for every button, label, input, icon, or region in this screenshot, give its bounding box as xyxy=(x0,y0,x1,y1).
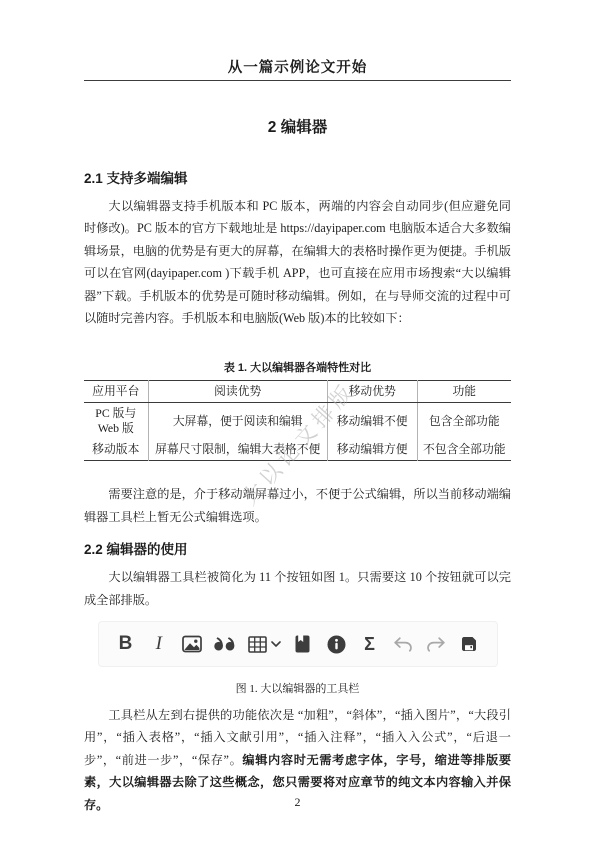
toolbar-button-table xyxy=(248,636,281,653)
save-icon xyxy=(460,635,478,653)
toolbar-button-bold: B xyxy=(115,631,137,657)
chapter-title: 2 编辑器 xyxy=(84,115,511,137)
toolbar-button-formula: Σ xyxy=(359,631,381,657)
table-icon xyxy=(248,636,267,653)
toolbar-button-citation xyxy=(292,631,314,657)
table-cell: 移动编辑方便 xyxy=(327,439,417,461)
paragraph-note: 需要注意的是，介于移动端屏幕过小，不便于公式编辑，所以当前移动端编辑器工具栏上暂… xyxy=(84,483,511,528)
toolbar-button-info xyxy=(325,631,347,657)
figure-caption: 图 1. 大以编辑器的工具栏 xyxy=(84,680,511,696)
toolbar-button-save xyxy=(458,631,480,657)
undo-icon xyxy=(393,637,413,652)
table-header-cell: 阅读优势 xyxy=(148,381,327,403)
redo-icon xyxy=(426,637,446,652)
table-cell: 移动编辑不便 xyxy=(327,403,417,440)
formula-icon: Σ xyxy=(364,634,375,655)
table-cell: 大屏幕，便于阅读和编辑 xyxy=(148,403,327,440)
section-heading-2-2: 2.2 编辑器的使用 xyxy=(84,538,511,558)
page-number: 2 xyxy=(0,795,595,810)
section-heading-2-1: 2.1 支持多端编辑 xyxy=(84,167,511,187)
image-icon xyxy=(182,635,202,653)
table-header-row: 应用平台 阅读优势 移动优势 功能 xyxy=(84,381,511,403)
table-header-cell: 功能 xyxy=(417,381,511,403)
table-caption: 表 1. 大以编辑器各端特性对比 xyxy=(84,359,511,375)
running-header-title: 从一篇示例论文开始 xyxy=(84,56,511,77)
toolbar-button-undo xyxy=(392,631,414,657)
paragraph-multi-device: 大以编辑器支持手机版本和 PC 版本，两端的内容会自动同步(但应避免同时修改)。… xyxy=(84,195,511,329)
toolbar-figure-image: B I xyxy=(98,621,498,667)
paragraph-toolbar-intro: 大以编辑器工具栏被简化为 11 个按钮如图 1。只需要这 10 个按钮就可以完成… xyxy=(84,566,511,611)
table-header-cell: 移动优势 xyxy=(327,381,417,403)
table-header-cell: 应用平台 xyxy=(84,381,148,403)
toolbar-button-blockquote xyxy=(214,631,236,657)
toolbar-button-redo xyxy=(425,631,447,657)
table-cell: 屏幕尺寸限制，编辑大表格不便 xyxy=(148,439,327,461)
toolbar-button-italic: I xyxy=(148,631,170,657)
info-icon xyxy=(327,635,346,654)
table-cell: 不包含全部功能 xyxy=(417,439,511,461)
blockquote-icon xyxy=(214,637,236,651)
citation-icon xyxy=(295,635,310,653)
table-row: PC 版与 Web 版 大屏幕，便于阅读和编辑 移动编辑不便 包含全部功能 xyxy=(84,403,511,440)
toolbar-button-image xyxy=(181,631,203,657)
page-content: 从一篇示例论文开始 2 编辑器 2.1 支持多端编辑 大以编辑器支持手机版本和 … xyxy=(0,56,595,816)
table-cell: 移动版本 xyxy=(84,439,148,461)
italic-icon: I xyxy=(156,633,162,655)
comparison-table: 应用平台 阅读优势 移动优势 功能 PC 版与 Web 版 大屏幕，便于阅读和编… xyxy=(84,380,511,461)
table-cell: 包含全部功能 xyxy=(417,403,511,440)
table-cell: PC 版与 Web 版 xyxy=(84,403,148,440)
chevron-down-icon xyxy=(271,641,281,647)
header-rule xyxy=(84,80,511,81)
table-row: 移动版本 屏幕尺寸限制，编辑大表格不便 移动编辑方便 不包含全部功能 xyxy=(84,439,511,461)
bold-icon: B xyxy=(119,633,133,655)
